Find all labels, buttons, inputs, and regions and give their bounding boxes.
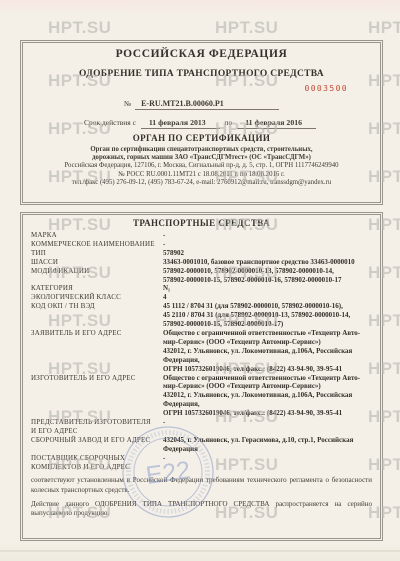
- row-label: ШАССИ: [31, 258, 163, 267]
- row-value: -: [163, 240, 374, 249]
- certification-body-address: Российская Федерация, 127106, г. Москва,…: [23, 162, 380, 170]
- certification-body-name-line1: Орган по сертификации спецавтотранспортн…: [23, 146, 380, 154]
- row-label: КОД ОКП / ТН ВЭД: [31, 302, 163, 329]
- table-row-marka: МАРКА -: [31, 231, 374, 240]
- valid-from-date: 11 февраля 2013: [141, 118, 220, 129]
- row-value: 33463-0001010, базовое транспортное сред…: [163, 258, 374, 267]
- certificate-number: E-RU.MT21.B.00060.P1: [135, 99, 279, 110]
- table-row-type: ТИП 578902: [31, 249, 374, 258]
- row-value: 4: [163, 293, 374, 302]
- row-label: МОДИФИКАЦИИ: [31, 267, 163, 285]
- row-value: 45 1112 / 8704 31 (для 578902-0000010, 5…: [163, 302, 374, 329]
- doc-title: ОДОБРЕНИЕ ТИПА ТРАНСПОРТНОГО СРЕДСТВА: [23, 69, 380, 79]
- table-row-commercial-name: КОММЕРЧЕСКОЕ НАИМЕНОВАНИЕ -: [31, 240, 374, 249]
- row-value: N₁: [163, 284, 374, 293]
- row-label: ЗАЯВИТЕЛЬ И ЕГО АДРЕС: [31, 329, 163, 374]
- watermark-text: HPT.SU: [368, 18, 400, 38]
- country-title: РОССИЙСКАЯ ФЕДЕРАЦИЯ: [23, 48, 380, 60]
- serial-number: 0003500: [23, 84, 380, 93]
- valid-to-date: 11 февраля 2016: [237, 118, 316, 129]
- row-label: ЭКОЛОГИЧЕСКИЙ КЛАСС: [31, 293, 163, 302]
- certification-body-title: ОРГАН ПО СЕРТИФИКАЦИИ: [23, 133, 380, 143]
- row-value: Общество с ограниченной ответственностью…: [163, 374, 374, 419]
- table-row-category: КАТЕГОРИЯ N₁: [31, 284, 374, 293]
- row-label: КОММЕРЧЕСКОЕ НАИМЕНОВАНИЕ: [31, 240, 163, 249]
- stamp-center-text: Е22: [144, 456, 192, 490]
- table-row-manufacturer: ИЗГОТОВИТЕЛЬ И ЕГО АДРЕС Общество с огра…: [31, 374, 374, 419]
- table-row-eco-class: ЭКОЛОГИЧЕСКИЙ КЛАСС 4: [31, 293, 374, 302]
- number-label: №: [124, 99, 131, 108]
- row-label: ИЗГОТОВИТЕЛЬ И ЕГО АДРЕС: [31, 374, 163, 419]
- vehicles-title: ТРАНСПОРТНЫЕ СРЕДСТВА: [23, 218, 380, 228]
- watermark-text: HPT.SU: [48, 18, 111, 38]
- watermark-text: HPT.SU: [215, 18, 278, 38]
- table-row-chassis: ШАССИ 33463-0001010, базовое транспортно…: [31, 258, 374, 267]
- row-value: 578902: [163, 249, 374, 258]
- round-stamp: Е22: [116, 420, 220, 524]
- table-row-modifications: МОДИФИКАЦИИ 578902-0000010, 578902-00000…: [31, 267, 374, 285]
- validity-prefix: Срок действия с: [84, 118, 136, 127]
- certificate-header-box: РОССИЙСКАЯ ФЕДЕРАЦИЯ ОДОБРЕНИЕ ТИПА ТРАН…: [20, 40, 383, 205]
- certification-body-contacts: тел./факс (495) 276-09-12, (495) 783-67-…: [23, 179, 380, 187]
- certification-body-name-line2: дорожных, горных машин ЗАО «ТрансСДГМтес…: [23, 154, 380, 162]
- row-value: 578902-0000010, 578902-0000010-13, 57890…: [163, 267, 374, 285]
- paper-bottom-edge: [0, 550, 400, 552]
- row-label: КАТЕГОРИЯ: [31, 284, 163, 293]
- row-value: -: [163, 231, 374, 240]
- row-label: МАРКА: [31, 231, 163, 240]
- row-value: Общество с ограниченной ответственностью…: [163, 329, 374, 374]
- row-label: ТИП: [31, 249, 163, 258]
- table-row-okp-code: КОД ОКП / ТН ВЭД 45 1112 / 8704 31 (для …: [31, 302, 374, 329]
- table-row-applicant: ЗАЯВИТЕЛЬ И ЕГО АДРЕС Общество с огранич…: [31, 329, 374, 374]
- certification-body-block: Орган по сертификации спецавтотранспортн…: [23, 146, 380, 187]
- document-scan: РОССИЙСКАЯ ФЕДЕРАЦИЯ ОДОБРЕНИЕ ТИПА ТРАН…: [0, 0, 400, 561]
- validity-to-label: по: [225, 118, 233, 127]
- validity-line: Срок действия с 11 февраля 2013 по 11 фе…: [23, 118, 380, 129]
- certification-body-registry: № РОСС RU.0001.11МТ21 с 18.08.2011 г. по…: [23, 171, 380, 179]
- certificate-number-line: №E-RU.MT21.B.00060.P1: [23, 99, 380, 110]
